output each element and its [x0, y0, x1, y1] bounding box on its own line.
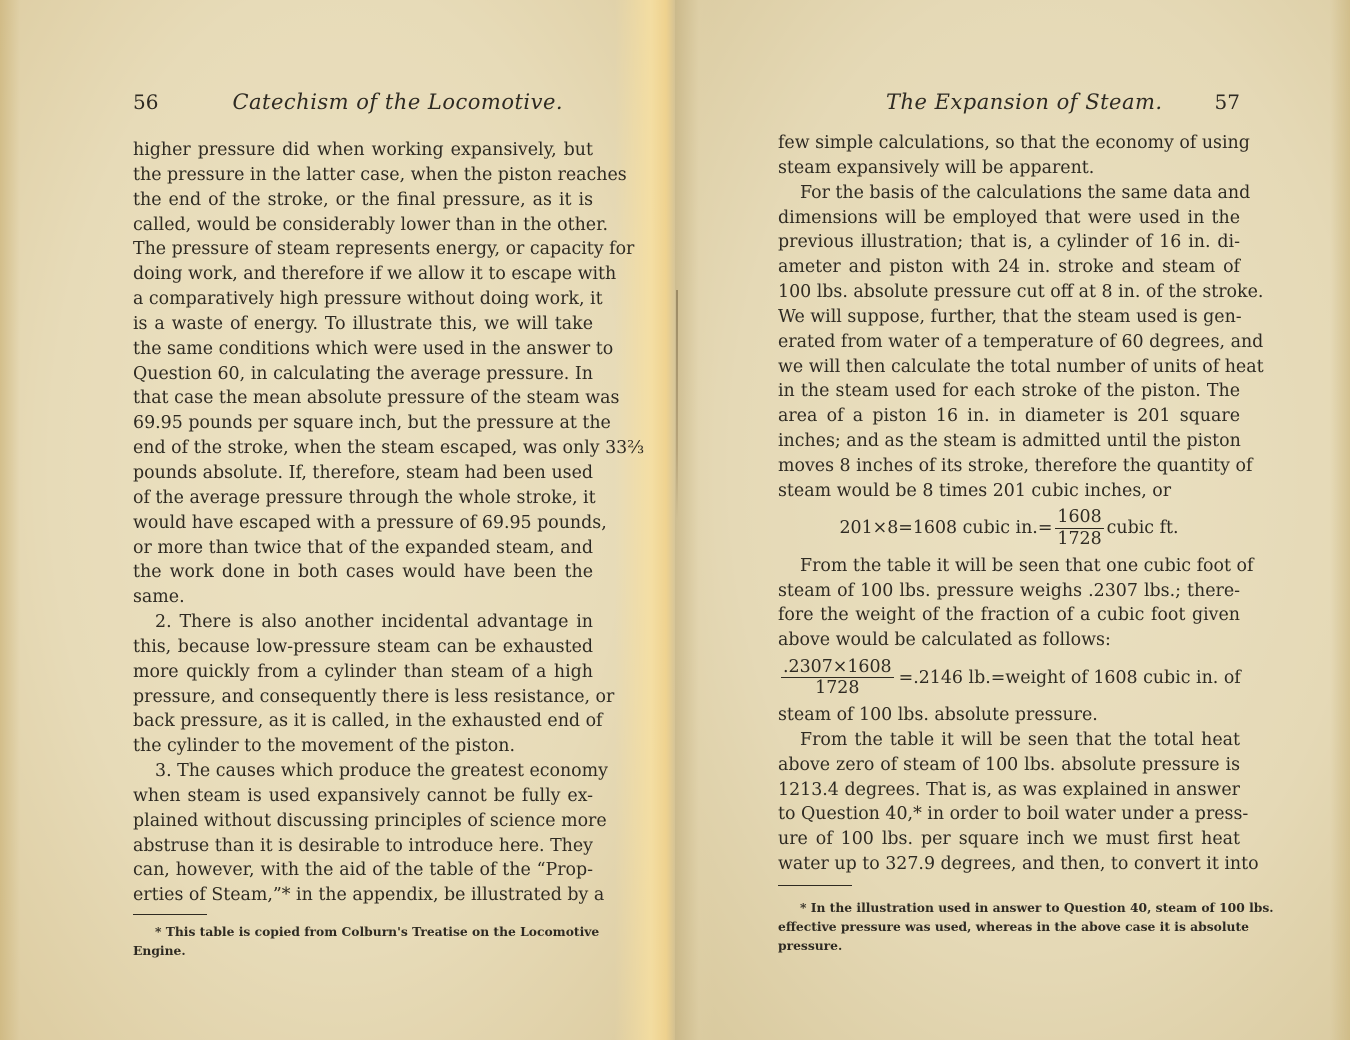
formula-weight: .2307×1608 1728 =.2146 lb.=weight of 160… [778, 653, 1240, 703]
text-line: same. [133, 585, 593, 610]
footnote-line: * This table is copied from Colburn's Tr… [133, 922, 593, 941]
text-line: erated from water of a temperature of 60… [778, 330, 1240, 355]
text-line: Question 60, in calculating the average … [133, 362, 593, 387]
footnote-line: Engine. [133, 941, 593, 960]
denominator: 1728 [1057, 529, 1101, 548]
footnote: * In the illustration used in answer to … [778, 898, 1240, 955]
page-number: 57 [1215, 90, 1240, 114]
formula-rhs: cubic ft. [1107, 516, 1179, 541]
page-edge-shadow [0, 0, 20, 1040]
text-line: above would be calculated as follows: [778, 628, 1240, 653]
text-line: the end of the stroke, or the final pres… [133, 188, 593, 213]
page-edge-shadow [1330, 0, 1350, 1040]
text-line: moves 8 inches of its stroke, therefore … [778, 454, 1240, 479]
text-line: inches; and as the steam is admitted unt… [778, 429, 1240, 454]
text-line: to Question 40,* in order to boil water … [778, 802, 1240, 827]
text-line: For the basis of the calculations the sa… [778, 181, 1240, 206]
text-line: previous illustration; that is, a cylind… [778, 230, 1240, 255]
text-line: 100 lbs. absolute pressure cut off at 8 … [778, 280, 1240, 305]
text-line: dimensions will be employed that were us… [778, 206, 1240, 231]
text-line: when steam is used expansively cannot be… [133, 784, 593, 809]
gutter-shadow [615, 0, 675, 1040]
text-line: We will suppose, further, that the steam… [778, 305, 1240, 330]
text-line: fore the weight of the fraction of a cub… [778, 603, 1240, 628]
text-line: ure of 100 lbs. per square inch we must … [778, 827, 1240, 852]
text-line: The pressure of steam represents energy,… [133, 237, 593, 262]
footnote: * This table is copied from Colburn's Tr… [133, 922, 593, 960]
text-line: From the table it will be seen that the … [778, 728, 1240, 753]
text-line: plained without discussing principles of… [133, 809, 593, 834]
text-line: ameter and piston with 24 in. stroke and… [778, 255, 1240, 280]
denominator: 1728 [815, 678, 859, 697]
text-line: the work done in both cases would have b… [133, 560, 593, 585]
text-line: steam would be 8 times 201 cubic inches,… [778, 479, 1240, 504]
text-line: water up to 327.9 degrees, and then, to … [778, 852, 1240, 877]
text-line: steam of 100 lbs. pressure weighs .2307 … [778, 579, 1240, 604]
text-line: few simple calculations, so that the eco… [778, 131, 1240, 156]
running-header: 56 Catechism of the Locomotive. [133, 90, 593, 120]
text-line: pounds absolute. If, therefore, steam ha… [133, 461, 593, 486]
text-line: steam of 100 lbs. absolute pressure. [778, 703, 1240, 728]
text-line: erties of Steam,”* in the appendix, be i… [133, 883, 593, 908]
running-title: Catechism of the Locomotive. [232, 90, 563, 114]
text-line: abstruse than it is desirable to introdu… [133, 834, 593, 859]
text-line: 69.95 pounds per square inch, but the pr… [133, 411, 593, 436]
text-line: higher pressure did when working expansi… [133, 138, 593, 163]
footnote-line: pressure. [778, 936, 1240, 955]
text-line: doing work, and therefore if we allow it… [133, 262, 593, 287]
text-line: end of the stroke, when the steam escape… [133, 436, 593, 461]
text-line: steam expansively will be apparent. [778, 156, 1240, 181]
right-page: The Expansion of Steam. 57 few simple ca… [675, 0, 1350, 1040]
text-line: the cylinder to the movement of the pist… [133, 734, 593, 759]
page-fold [676, 290, 678, 520]
gutter-shadow [675, 0, 715, 1040]
text-line: this, because low-pressure steam can be … [133, 635, 593, 660]
text-line: 2. There is also another incidental adva… [133, 610, 593, 635]
formula-lhs: 201×8=1608 cubic in.= [839, 516, 1052, 541]
text-line: is a waste of energy. To illustrate this… [133, 312, 593, 337]
footnote-rule [778, 885, 852, 886]
text-line: would have escaped with a pressure of 69… [133, 511, 593, 536]
text-line: pressure, and consequently there is less… [133, 685, 593, 710]
formula-volume: 201×8=1608 cubic in.= 1608 1728 cubic ft… [778, 504, 1240, 554]
body-text: higher pressure did when working expansi… [133, 138, 593, 908]
text-line: 3. The causes which produce the greatest… [133, 759, 593, 784]
left-page: 56 Catechism of the Locomotive. higher p… [0, 0, 675, 1040]
formula-rhs: =.2146 lb.=weight of 1608 cubic in. of [899, 666, 1241, 691]
footnote-line: effective pressure was used, whereas in … [778, 917, 1240, 936]
fraction: .2307×1608 1728 [781, 659, 894, 698]
fraction: 1608 1728 [1055, 509, 1103, 548]
footnote-rule [133, 914, 207, 915]
text-line: area of a piston 16 in. in diameter is 2… [778, 404, 1240, 429]
text-line: we will then calculate the total number … [778, 355, 1240, 380]
text-line: 1213.4 degrees. That is, as was explaine… [778, 778, 1240, 803]
page-number: 56 [133, 90, 158, 114]
running-header: The Expansion of Steam. 57 [778, 90, 1240, 120]
text-line: of the average pressure through the whol… [133, 486, 593, 511]
text-line: in the steam used for each stroke of the… [778, 379, 1240, 404]
text-line: that case the mean absolute pressure of … [133, 386, 593, 411]
text-line: From the table it will be seen that one … [778, 554, 1240, 579]
text-line: above zero of steam of 100 lbs. absolute… [778, 753, 1240, 778]
text-line: can, however, with the aid of the table … [133, 858, 593, 883]
book-spread: 56 Catechism of the Locomotive. higher p… [0, 0, 1350, 1040]
text-line: called, would be considerably lower than… [133, 213, 593, 238]
text-line: the same conditions which were used in t… [133, 337, 593, 362]
text-line: back pressure, as it is called, in the e… [133, 709, 593, 734]
body-text: few simple calculations, so that the eco… [778, 131, 1240, 877]
footnote-line: * In the illustration used in answer to … [778, 898, 1240, 917]
numerator: .2307×1608 [781, 659, 894, 678]
text-line: or more than twice that of the expanded … [133, 536, 593, 561]
running-title: The Expansion of Steam. [886, 90, 1163, 114]
text-line: more quickly from a cylinder than steam … [133, 660, 593, 685]
numerator: 1608 [1055, 509, 1103, 528]
text-line: the pressure in the latter case, when th… [133, 163, 593, 188]
text-line: a comparatively high pressure without do… [133, 287, 593, 312]
